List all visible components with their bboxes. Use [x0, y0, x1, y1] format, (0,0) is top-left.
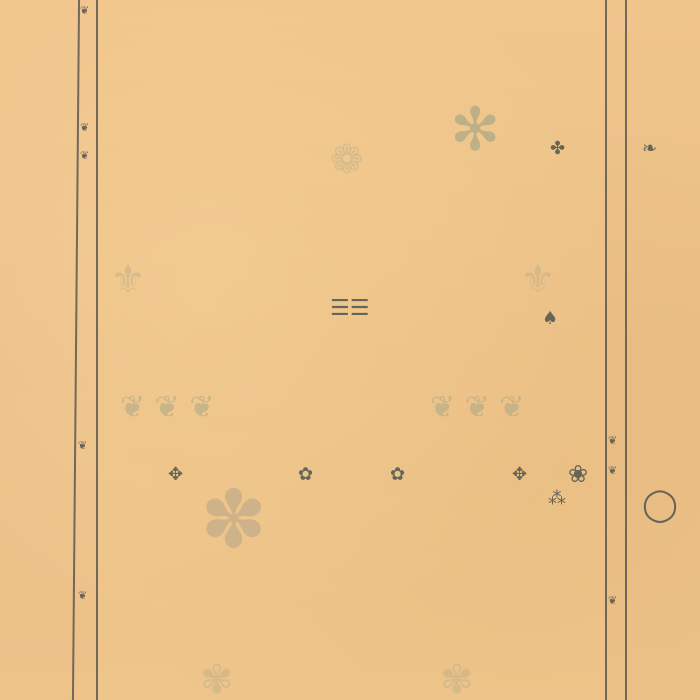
faded-floral: ⚜	[520, 260, 556, 300]
faded-floral: ⚜	[110, 260, 146, 300]
border-motif: ❦	[608, 595, 617, 606]
border-motif: ❦	[78, 590, 87, 601]
faded-floral: ✾	[200, 660, 234, 700]
faded-floral: ❁	[330, 140, 364, 180]
border-motif: ❦	[80, 122, 89, 133]
border-motif: ❦	[608, 435, 617, 446]
flower-outline-motif: ❀	[568, 462, 588, 486]
rug-photo: ❦ ❦ ❦ ❦ ❦ ❦ ❦ ❦ ☰☰ ✿ ✿ ✥ ✥ ❀ ⁂ ◯ ♠ ✤ ❧ ✽…	[0, 0, 700, 700]
faded-palmette: ✻	[450, 100, 500, 160]
right-border-inner-line	[605, 0, 607, 700]
flower-motif: ✿	[298, 466, 313, 484]
flower-outline-motif: ✥	[168, 466, 183, 484]
seed-cluster-motif: ⁂	[548, 490, 566, 508]
center-medallion-motif: ☰☰	[330, 298, 369, 320]
bud-motif: ♠	[542, 310, 558, 328]
small-flower-motif: ✤	[550, 140, 565, 158]
flower-motif: ✿	[390, 466, 405, 484]
faded-palmette: ✽	[200, 480, 267, 560]
right-border-outer-line	[625, 0, 627, 700]
border-motif: ❦	[608, 465, 617, 476]
border-motif: ❦	[80, 150, 89, 161]
faded-vine: ❦ ❦ ❦	[430, 390, 524, 425]
rug-field	[97, 0, 605, 700]
border-motif: ❦	[80, 5, 89, 16]
left-border-inner-line	[96, 0, 98, 700]
flower-outline-motif: ✥	[512, 466, 527, 484]
faded-vine: ❦ ❦ ❦	[120, 390, 214, 425]
small-leaf-motif: ❧	[642, 140, 657, 158]
oval-ring-motif: ◯	[642, 488, 678, 520]
faded-floral: ✾	[440, 660, 474, 700]
border-motif: ❦	[78, 440, 87, 451]
